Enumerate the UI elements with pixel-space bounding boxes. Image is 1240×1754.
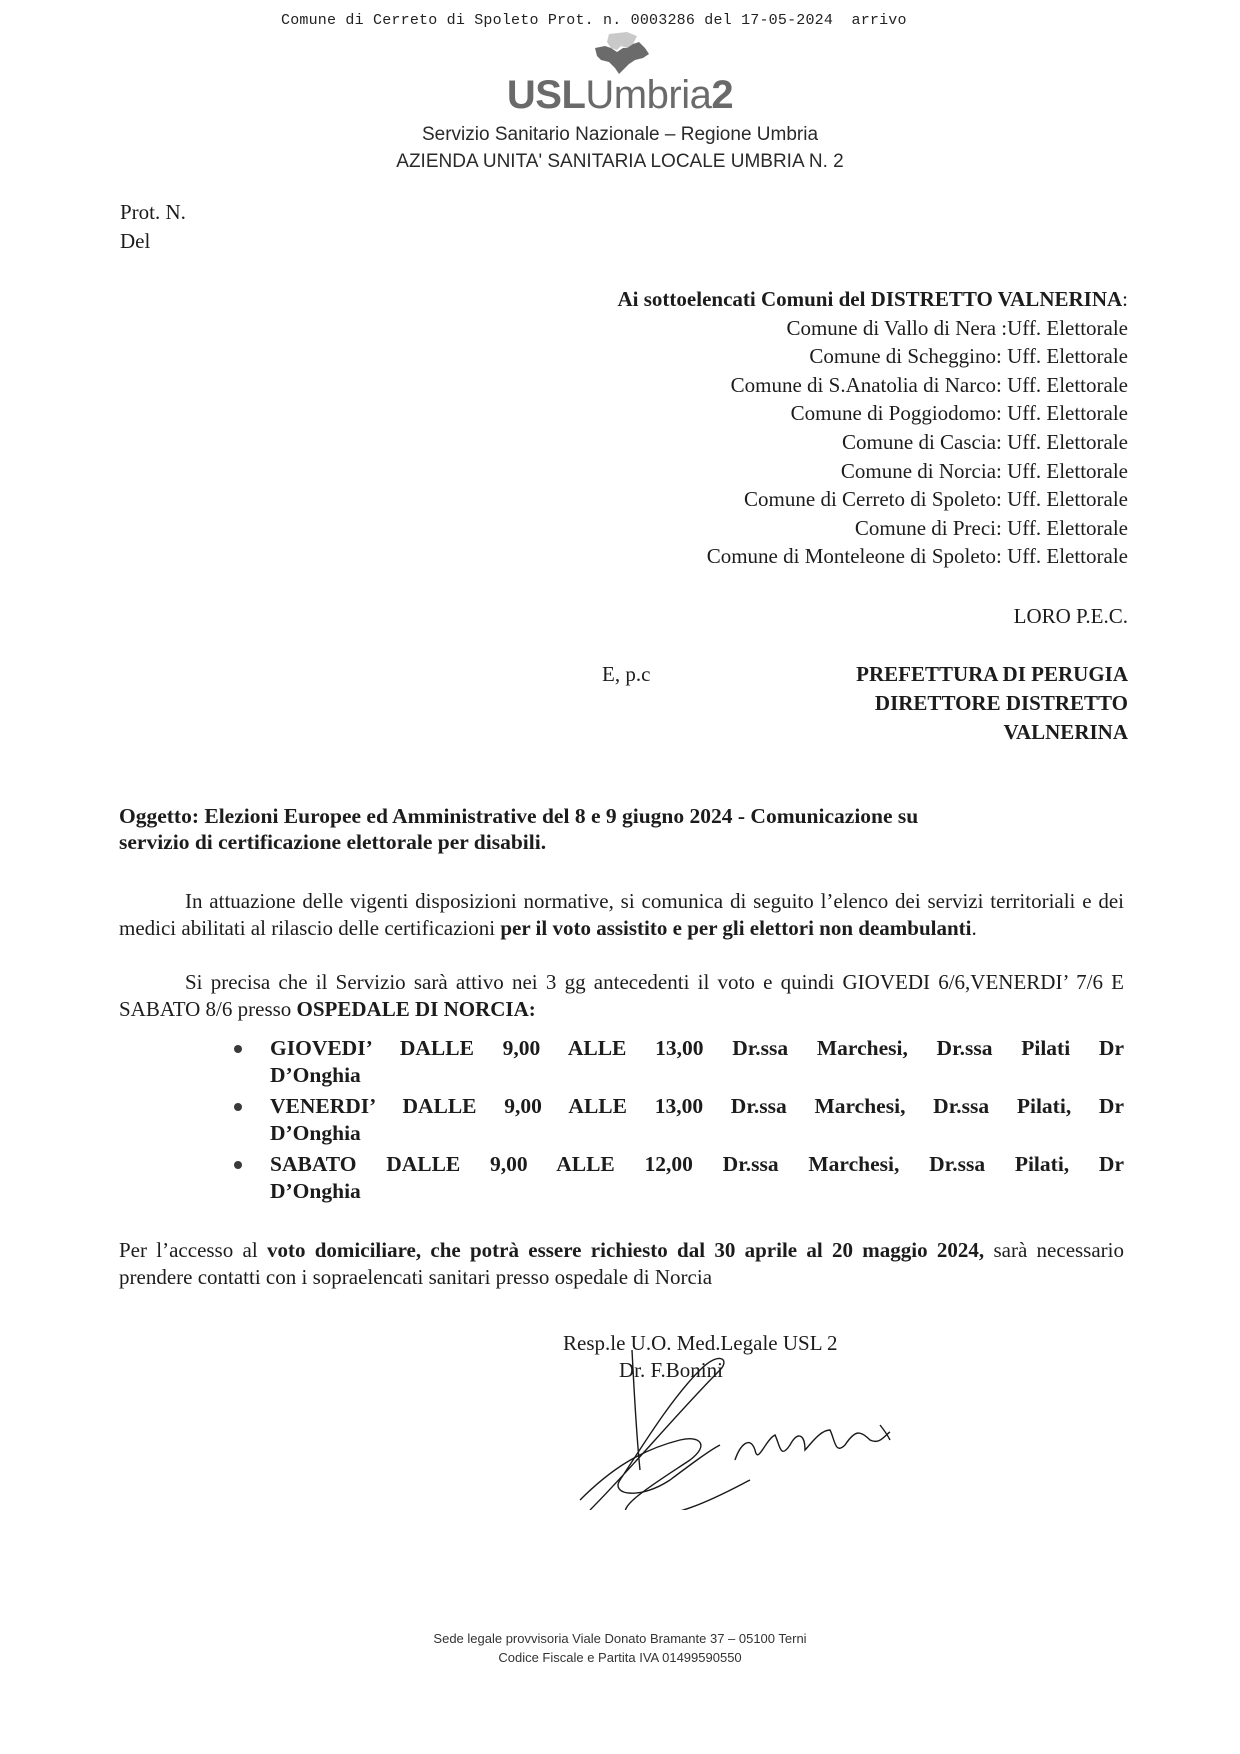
loro-pec: LORO P.E.C. [1014, 604, 1128, 629]
recipients-heading-colon: : [1122, 287, 1128, 311]
footer-tax-id: Codice Fiscale e Partita IVA 01499590550 [0, 1650, 1240, 1665]
footer-address: Sede legale provvisoria Viale Donato Bra… [0, 1631, 1240, 1646]
schedule-item: VENERDI’ DALLE 9,00 ALLE 13,00 Dr.ssa Ma… [230, 1093, 1124, 1147]
schedule-item: GIOVEDI’ DALLE 9,00 ALLE 13,00 Dr.ssa Ma… [230, 1035, 1124, 1089]
cc-label: E, p.c [602, 662, 650, 687]
subject: Oggetto: Elezioni Europee ed Amministrat… [119, 803, 1129, 855]
p1-bold: per il voto assistito e per gli elettori… [500, 916, 971, 940]
p3-bold: voto domiciliare, che potrà essere richi… [267, 1238, 984, 1262]
subject-line-1: Oggetto: Elezioni Europee ed Amministrat… [119, 803, 1129, 829]
schedule-item: SABATO DALLE 9,00 ALLE 12,00 Dr.ssa Marc… [230, 1151, 1124, 1205]
schedule-line-1: SABATO DALLE 9,00 ALLE 12,00 Dr.ssa Marc… [270, 1151, 1124, 1178]
schedule-line-1: VENERDI’ DALLE 9,00 ALLE 13,00 Dr.ssa Ma… [270, 1093, 1124, 1120]
cc-recipient: PREFETTURA DI PERUGIA [856, 660, 1128, 689]
prot-number-label: Prot. N. [120, 198, 186, 227]
p1-end: . [971, 916, 976, 940]
bullet-icon [234, 1161, 242, 1169]
usl-umbria-2-logo: USLUmbria2 [0, 72, 1240, 118]
body-paragraph-1: In attuazione delle vigenti disposizioni… [119, 888, 1124, 942]
protocol-stamp: Comune di Cerreto di Spoleto Prot. n. 00… [0, 12, 1240, 29]
recipient-item: Comune di Monteleone di Spoleto: Uff. El… [618, 542, 1129, 571]
bullet-icon [234, 1103, 242, 1111]
handwritten-signature-icon [570, 1350, 920, 1510]
logo-usl: USL [507, 73, 586, 117]
recipient-item: Comune di Preci: Uff. Elettorale [618, 514, 1129, 543]
recipient-item: Comune di Norcia: Uff. Elettorale [618, 457, 1129, 486]
cc-recipient: VALNERINA [856, 718, 1128, 747]
recipients-heading: Ai sottoelencati Comuni del DISTRETTO VA… [618, 285, 1129, 314]
bullet-icon [234, 1045, 242, 1053]
umbria-region-map-icon [587, 30, 657, 76]
cc-recipient: DIRETTORE DISTRETTO [856, 689, 1128, 718]
recipient-item: Comune di Vallo di Nera :Uff. Elettorale [618, 314, 1129, 343]
header-subtitle-1: Servizio Sanitario Nazionale – Regione U… [0, 124, 1240, 146]
protocol-fields: Prot. N. Del [120, 198, 186, 256]
recipients-block: Ai sottoelencati Comuni del DISTRETTO VA… [618, 285, 1129, 571]
recipient-item: Comune di Cerreto di Spoleto: Uff. Elett… [618, 485, 1129, 514]
recipient-item: Comune di Cascia: Uff. Elettorale [618, 428, 1129, 457]
p3-text-a: Per l’accesso al [119, 1238, 267, 1262]
schedule-line-2: D’Onghia [270, 1121, 361, 1145]
p2-bold: OSPEDALE DI NORCIA: [297, 997, 536, 1021]
schedule-list: GIOVEDI’ DALLE 9,00 ALLE 13,00 Dr.ssa Ma… [230, 1035, 1124, 1209]
schedule-line-2: D’Onghia [270, 1179, 361, 1203]
prot-date-label: Del [120, 227, 186, 256]
p2-text: Si precisa che il Servizio sarà attivo n… [119, 970, 1124, 1021]
subject-line-2: servizio di certificazione elettorale pe… [119, 829, 1129, 855]
recipient-item: Comune di S.Anatolia di Narco: Uff. Elet… [618, 371, 1129, 400]
recipient-item: Comune di Poggiodomo: Uff. Elettorale [618, 399, 1129, 428]
schedule-line-1: GIOVEDI’ DALLE 9,00 ALLE 13,00 Dr.ssa Ma… [270, 1035, 1124, 1062]
cc-recipients: PREFETTURA DI PERUGIA DIRETTORE DISTRETT… [856, 660, 1128, 747]
header-subtitle-2: AZIENDA UNITA' SANITARIA LOCALE UMBRIA N… [0, 151, 1240, 173]
logo-umbria: Umbria [585, 73, 711, 117]
recipient-item: Comune di Scheggino: Uff. Elettorale [618, 342, 1129, 371]
body-paragraph-2: Si precisa che il Servizio sarà attivo n… [119, 969, 1124, 1023]
schedule-line-2: D’Onghia [270, 1063, 361, 1087]
recipients-heading-text: Ai sottoelencati Comuni del DISTRETTO VA… [618, 287, 1123, 311]
logo-number: 2 [711, 73, 733, 117]
body-paragraph-3: Per l’accesso al voto domiciliare, che p… [119, 1237, 1124, 1291]
